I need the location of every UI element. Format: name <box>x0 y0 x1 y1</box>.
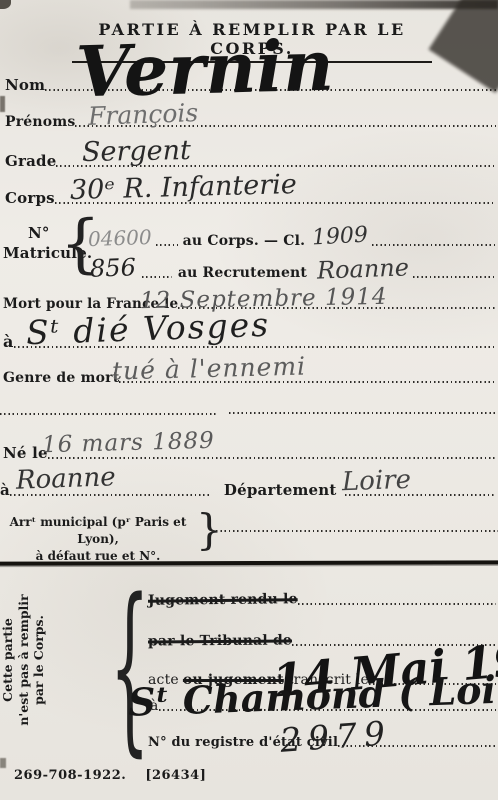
field-row-matricule-corps: 04600 au Corps. — Cl. 1909 <box>86 226 496 249</box>
handwriting-prenoms: François <box>88 100 199 129</box>
imprint-reference: [26434] <box>145 768 206 783</box>
field-label-ne-le: Né le <box>3 444 48 462</box>
handwriting-matricule-corps-number: 04600 <box>88 227 152 249</box>
sidenote-rotated: Cette partie n'est pas à remplir par le … <box>0 569 48 751</box>
dotted-line-matricule-b <box>372 244 496 246</box>
sidenote-line2: n'est pas à remplir <box>16 569 32 751</box>
section-divider <box>0 560 498 565</box>
arr-line1: Arrᵗ municipal (pʳ Paris et Lyon), <box>0 514 196 548</box>
field-label-au-corps: au Corps. — Cl. <box>183 233 306 249</box>
field-label-genre: Genre de mort <box>3 370 119 386</box>
handwriting-classe: 1909 <box>312 225 369 250</box>
dotted-line-recrutement-a <box>142 276 172 278</box>
field-label-departement: Département <box>224 481 337 499</box>
field-label-grade: Grade <box>5 152 56 170</box>
dotted-line-ne-le <box>48 457 496 459</box>
field-row-matricule-recrutement: 856 au Recrutement Roanne <box>86 256 496 281</box>
field-label-ne-a: à <box>0 481 10 499</box>
field-label-nom: Nom <box>5 76 45 94</box>
field-label-mort-a: à <box>3 332 14 351</box>
field-label-jugement: Jugement rendu le <box>148 591 298 609</box>
footer-imprint: 269-708-1922. [26434] <box>14 768 206 783</box>
sidenote-line3: par le Corps. <box>31 569 47 751</box>
imprint-code: 269-708-1922. <box>14 768 126 783</box>
field-label-corps: Corps <box>5 189 55 207</box>
scan-mark-top-left <box>0 0 11 9</box>
handwriting-grade: Sergent <box>82 137 191 166</box>
field-label-tribunal: par le Tribunal de <box>148 632 292 649</box>
field-label-matricule-no: N° <box>28 224 50 242</box>
handwriting-matricule-recrutement-number: 856 <box>90 255 137 281</box>
field-row-prenoms: Prénoms <box>5 114 496 130</box>
handwriting-mort-place: Sᵗ dié Vosges <box>25 308 270 350</box>
scan-speck-bottom-left <box>0 758 6 768</box>
handwriting-ne-place: Roanne <box>16 464 116 493</box>
field-row-jugement: Jugement rendu le <box>148 592 496 608</box>
dotted-line-matricule-a <box>156 244 178 246</box>
handwriting-departement: Loire <box>342 467 412 495</box>
handwriting-genre: tué à l'ennemi <box>112 353 307 383</box>
dotted-line-recrutement-b <box>413 276 496 278</box>
field-row-grade: Grade <box>5 152 496 170</box>
military-death-record-card: PARTIE À REMPLIR PAR LE CORPS. Nom Verni… <box>0 0 498 800</box>
scan-smudge-top <box>130 0 498 9</box>
handwriting-registre-number: 2979 <box>279 716 393 757</box>
field-label-au-recrutement: au Recrutement <box>178 265 307 281</box>
handwriting-nom: Vernin <box>75 31 334 108</box>
handwriting-recrutement-place: Roanne <box>317 255 410 282</box>
field-label-prenoms: Prénoms <box>5 114 75 130</box>
scan-speck-left <box>0 96 5 112</box>
handwriting-ne-date: 16 mars 1889 <box>42 430 215 458</box>
dotted-line-arr <box>212 530 498 532</box>
bottom-section-brace: { <box>110 582 149 753</box>
field-label-arr-municipal: Arrᵗ municipal (pʳ Paris et Lyon), à déf… <box>0 514 196 564</box>
sidenote-line1: Cette partie <box>0 569 16 751</box>
dotted-separator-left <box>0 413 216 415</box>
handwriting-corps: 30ᵉ R. Infanterie <box>70 171 297 204</box>
dotted-line-jugement <box>298 603 496 605</box>
dotted-separator-right <box>229 412 498 414</box>
